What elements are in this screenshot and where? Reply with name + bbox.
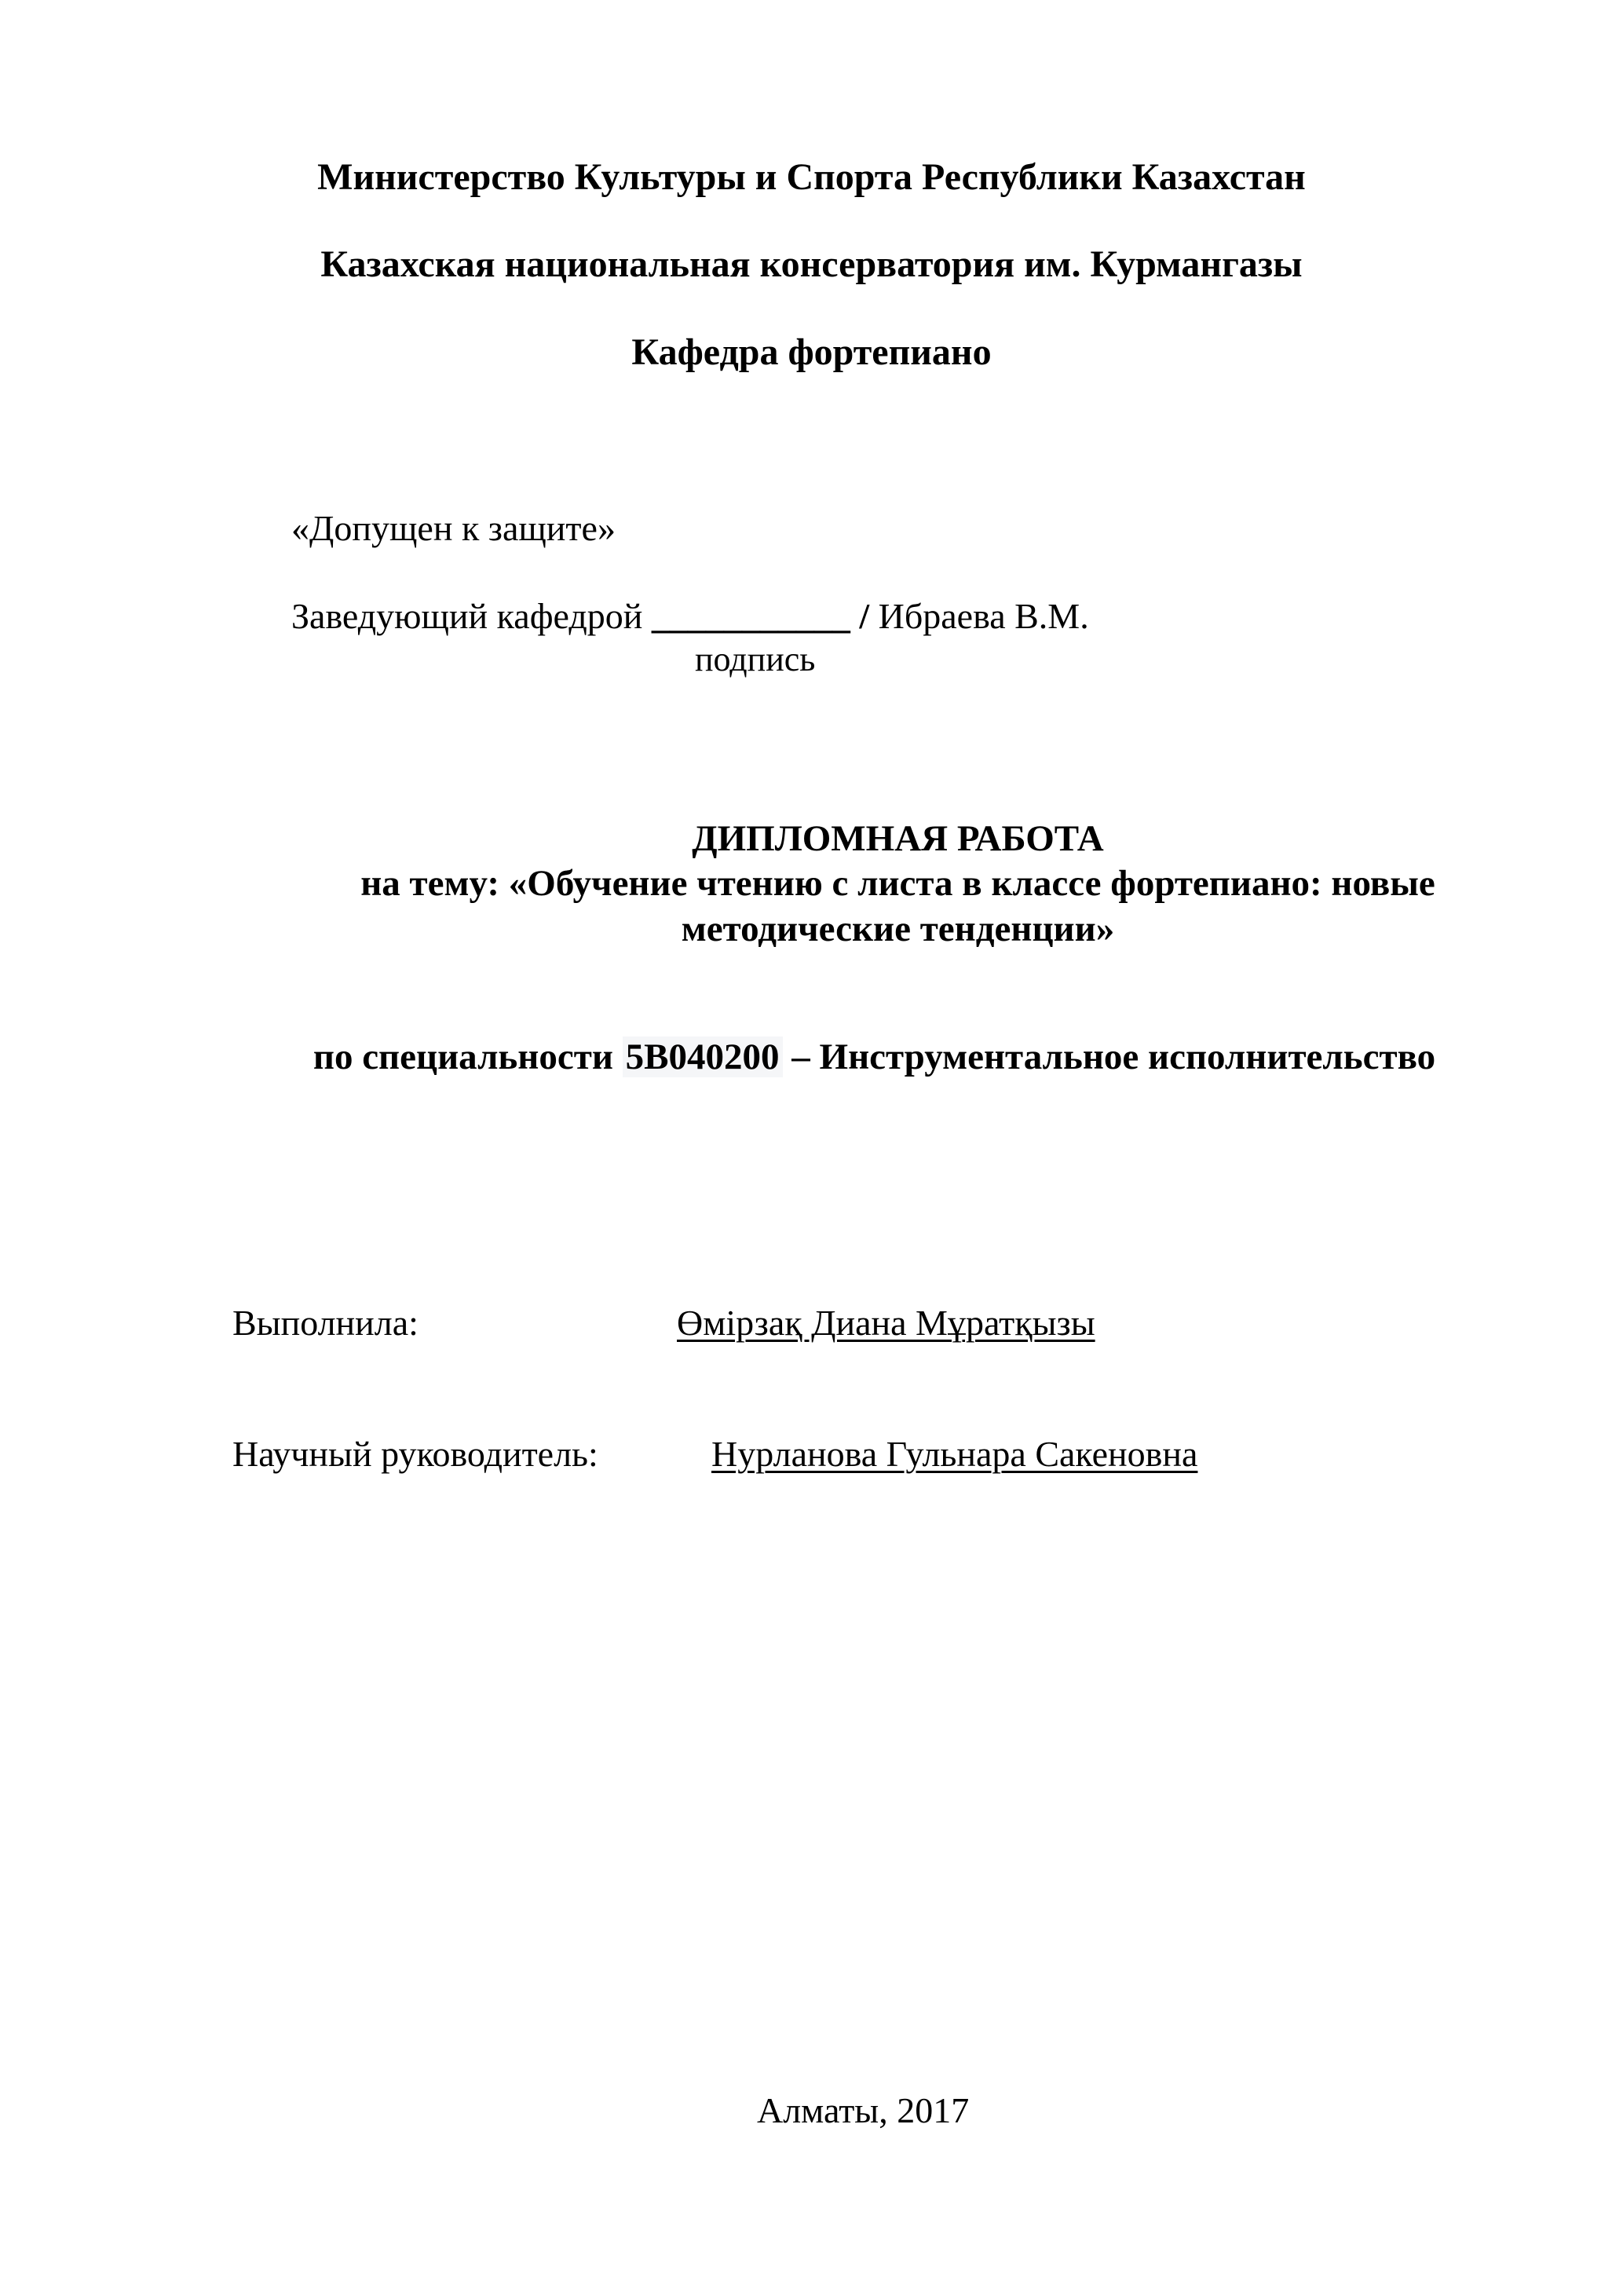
institution-heading: Казахская национальная консерватория им.… bbox=[0, 246, 1623, 283]
supervisor-label: Научный руководитель: bbox=[232, 1436, 598, 1472]
specialty-dash: – bbox=[791, 1036, 810, 1077]
supervisor-name: Нурланова Гульнара Сакеновна bbox=[711, 1436, 1197, 1472]
ministry-heading: Министерство Культуры и Спорта Республик… bbox=[0, 159, 1623, 196]
department-heading: Кафедра фортепиано bbox=[0, 334, 1623, 371]
specialty-code: 5B040200 bbox=[623, 1036, 783, 1077]
specialty-line: по специальности 5B040200 – Инструментал… bbox=[63, 1039, 1623, 1076]
head-of-department-line: Заведующий кафедрой ___________ / Ибраев… bbox=[291, 598, 1089, 634]
author-label: Выполнила: bbox=[232, 1305, 419, 1341]
document-page: Министерство Культуры и Спорта Республик… bbox=[0, 0, 1623, 2296]
author-name: Өмірзақ Диана Мұратқызы bbox=[677, 1305, 1095, 1341]
signature-blank: ___________ bbox=[652, 596, 850, 636]
thesis-type: ДИПЛОМНАЯ РАБОТА bbox=[86, 821, 1623, 857]
thesis-topic-line-1: на тему: «Обучение чтению с листа в клас… bbox=[86, 865, 1623, 902]
thesis-topic-line-2: методические тенденции» bbox=[86, 911, 1623, 948]
head-of-department-label: Заведующий кафедрой bbox=[291, 596, 642, 636]
admitted-to-defense: «Допущен к защите» bbox=[291, 510, 616, 547]
specialty-name: Инструментальное исполнительство bbox=[820, 1036, 1436, 1077]
head-of-department-name: Ибраева В.М. bbox=[879, 596, 1089, 636]
specialty-prefix: по специальности bbox=[313, 1036, 613, 1077]
city-year: Алматы, 2017 bbox=[757, 2093, 969, 2129]
signature-caption: подпись bbox=[695, 642, 815, 677]
separator-slash: / bbox=[859, 596, 869, 636]
